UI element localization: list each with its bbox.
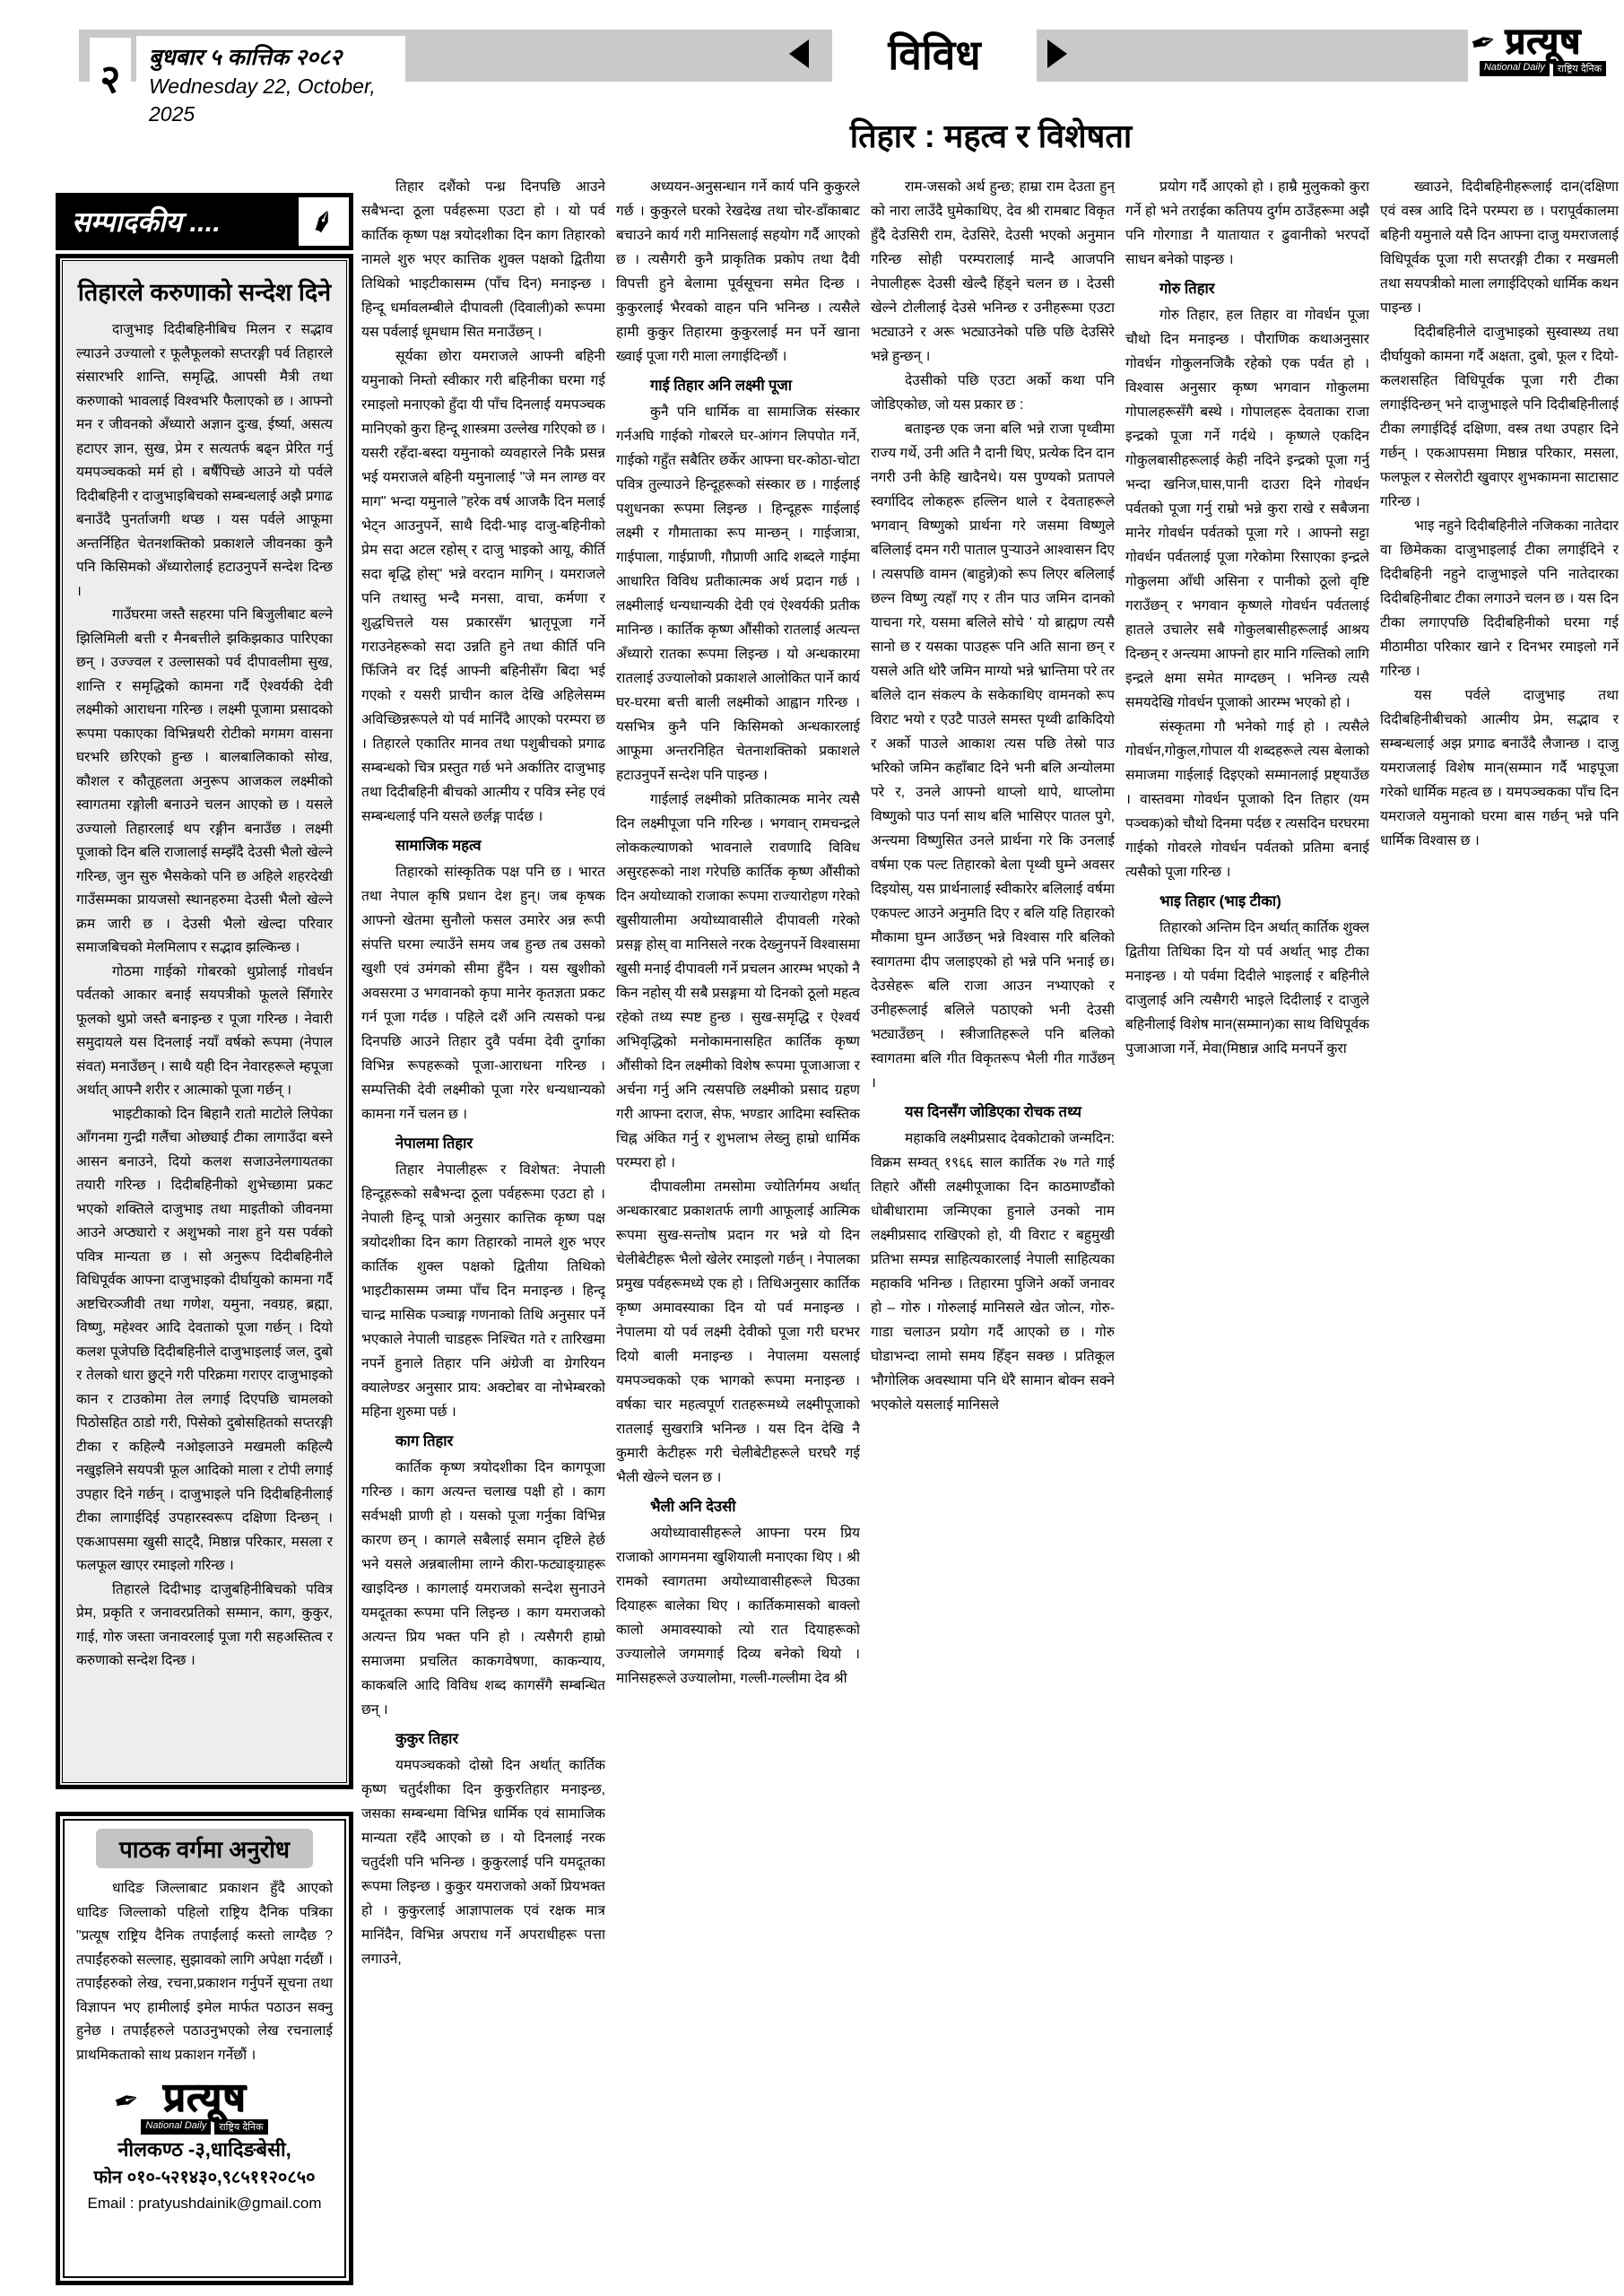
editorial-paragraph: भाइटीकाको दिन बिहानै रातो माटोले लिपेका …: [76, 1103, 333, 1578]
reader-logo-badge-nepali: राष्ट्रिय दैनिक: [214, 2119, 267, 2135]
page-number: २: [90, 38, 131, 117]
page-number-value: २: [100, 50, 121, 104]
pen-icon: ✒: [299, 197, 349, 246]
article-subheading: गोरु तिहार: [1159, 277, 1369, 298]
reader-box-logo: ✒ प्रत्यूष National Daily राष्ट्रिय दैनि…: [141, 2078, 267, 2135]
newspaper-logo: ✒ प्रत्यूष National Daily राष्ट्रिय दैनि…: [1469, 22, 1617, 91]
reader-box-body: धादिङ जिल्लाबाट प्रकाशन हुँदै आएको धादिङ…: [76, 1877, 333, 2067]
article-paragraph: देउसीको पछि एउटा अर्को कथा पनि जोडिएकोछ,…: [871, 369, 1115, 417]
quill-icon: ✒: [110, 2081, 144, 2122]
article-paragraph: भाइ नहुने दिदीबहिनीले नजिकका नातेदार वा …: [1380, 514, 1619, 683]
article-subheading: सामाजिक महत्व: [395, 834, 605, 855]
editorial-paragraph: गाउँघरमा जस्तै सहरमा पनि बिजुलीबाट बल्ने…: [76, 604, 333, 961]
article-subheading: नेपालमा तिहार: [395, 1132, 605, 1152]
article-paragraph: यस पर्वले दाजुभाइ तथा दिदीबहिनीबीचको आत्…: [1380, 683, 1619, 853]
article-subheading: कुकुर तिहार: [395, 1727, 605, 1748]
logo-badge-nepali: राष्ट्रिय दैनिक: [1553, 61, 1606, 76]
reader-request-box: पाठक वर्गमा अनुरोध धादिङ जिल्लाबाट प्रका…: [56, 1812, 353, 2285]
editorial-paragraph: गोठमा गाईको गोबरको थुप्रोलाई गोवर्धन पर्…: [76, 961, 333, 1103]
article-paragraph: राम-जसको अर्थ हुन्छ; हाम्रा राम देउता हु…: [871, 175, 1115, 369]
article-paragraph: यमपञ्चकको दोस्रो दिन अर्थात् कार्तिक कृष…: [361, 1753, 605, 1971]
article-subheading: भाइ तिहार (भाइ टीका): [1159, 890, 1369, 910]
article-paragraph: ख्वाउने, दिदीबहिनीहरूलाई दान(दक्षिणा एवं…: [1380, 175, 1619, 320]
article-paragraph: गाईलाई लक्ष्मीको प्रतिकात्मक मानेर त्यसै…: [616, 787, 860, 1175]
publisher-phone: फोन ०१०-५२१४३०,९८५११२०८५०: [76, 2164, 333, 2191]
reader-logo-badge-english: National Daily: [141, 2119, 211, 2135]
article-paragraph: दीपावलीमा तमसोमा ज्योतिर्गमय अर्थात् अन्…: [616, 1175, 860, 1490]
article-column-3: राम-जसको अर्थ हुन्छ; हाम्रा राम देउता हु…: [871, 175, 1115, 2292]
editorial-label-bar: सम्पादकीय .... ✒: [56, 193, 353, 250]
logo-badge-english: National Daily: [1480, 61, 1550, 76]
article-paragraph: प्रयोग गर्दै आएको हो । हाम्रै मुलुकको कु…: [1125, 175, 1369, 272]
reader-logo-wordmark: प्रत्यूष: [141, 2078, 267, 2118]
publisher-email: Email : pratyushdainik@gmail.com: [76, 2191, 333, 2215]
article-paragraph: सूर्यका छोरा यमराजले आफ्नी बहिनी यमुनाको…: [361, 344, 605, 829]
editorial-label: सम्पादकीय ....: [72, 203, 221, 240]
article-paragraph: अयोध्यावासीहरूले आफ्ना परम प्रिय राजाको …: [616, 1521, 860, 1691]
editorial-title: तिहारले करुणाको सन्देश दिने: [76, 274, 333, 308]
article-subheading: भैली अनि देउसी: [650, 1495, 860, 1516]
article-paragraph: बताइन्छ एक जना बलि भन्ने राजा पृथ्वीमा र…: [871, 417, 1115, 1095]
section-box: विविध: [832, 22, 1037, 86]
article-column-5: ख्वाउने, दिदीबहिनीहरूलाई दान(दक्षिणा एवं…: [1380, 175, 1619, 2292]
date-english: Wednesday 22, October, 2025: [149, 73, 393, 128]
article-paragraph: तिहार नेपालीहरू र विशेषत: नेपाली हिन्दूह…: [361, 1158, 605, 1424]
article-column-1: तिहार दशैंको पन्ध्र दिनपछि आउने सबैभन्दा…: [361, 175, 605, 2292]
article-paragraph: तिहार दशैंको पन्ध्र दिनपछि आउने सबैभन्दा…: [361, 175, 605, 344]
article-paragraph: तिहारको सांस्कृतिक पक्ष पनि छ । भारत तथा…: [361, 860, 605, 1126]
article-paragraph: तिहारको अन्तिम दिन अर्थात् कार्तिक शुक्ल…: [1125, 916, 1369, 1061]
article-paragraph: अध्ययन-अनुसन्धान गर्ने कार्य पनि कुकुरले…: [616, 175, 860, 369]
article-headline: तिहार : महत्व र विशेषता: [359, 113, 1623, 157]
article-subheading: गाई तिहार अनि लक्ष्मी पूजा: [650, 374, 860, 395]
editorial-paragraph: दाजुभाइ दिदीबहिनीबिच मिलन र सद्भाव ल्याउ…: [76, 318, 333, 604]
article-paragraph: महाकवि लक्ष्मीप्रसाद देवकोटाको जन्मदिन: …: [871, 1126, 1115, 1417]
article-paragraph: कार्तिक कृष्ण त्रयोदशीका दिन कागपूजा गरि…: [361, 1456, 605, 1722]
left-arrow-icon: [789, 39, 809, 68]
article-column-2: अध्ययन-अनुसन्धान गर्ने कार्य पनि कुकुरले…: [616, 175, 860, 2292]
right-arrow-icon: [1047, 39, 1067, 68]
publisher-address: नीलकण्ठ -३,धादिङबेसी,: [76, 2135, 333, 2164]
article-subheading: यस दिनसँग जोडिएका रोचक तथ्य: [905, 1100, 1115, 1121]
editorial-box: तिहारले करुणाको सन्देश दिने दाजुभाइ दिदी…: [56, 254, 353, 1789]
article-paragraph: संस्कृतमा गौ भनेको गाई हो । त्यसैले गोवर…: [1125, 715, 1369, 884]
article-subheading: काग तिहार: [395, 1430, 605, 1450]
editorial-body: दाजुभाइ दिदीबहिनीबिच मिलन र सद्भाव ल्याउ…: [76, 318, 333, 1674]
article-paragraph: गोरु तिहार, हल तिहार वा गोवर्धन पूजा चौथ…: [1125, 303, 1369, 715]
article-paragraph: दिदीबहिनीले दाजुभाइको सुस्वास्थ्य तथा दी…: [1380, 320, 1619, 514]
section-title: विविध: [888, 26, 980, 82]
date-nepali: बुधबार ५ कात्तिक २०८२: [149, 43, 393, 73]
date-box: बुधबार ५ कात्तिक २०८२ Wednesday 22, Octo…: [136, 36, 405, 113]
reader-box-title: पाठक वर्गमा अनुरोध: [96, 1829, 313, 1868]
editorial-paragraph: तिहारले दिदीभाइ दाजुबहिनीबिचको पवित्र प्…: [76, 1578, 333, 1674]
article-paragraph: कुनै पनि धार्मिक वा सामाजिक संस्कार गर्न…: [616, 400, 860, 787]
article-column-4: प्रयोग गर्दै आएको हो । हाम्रै मुलुकको कु…: [1125, 175, 1369, 2292]
